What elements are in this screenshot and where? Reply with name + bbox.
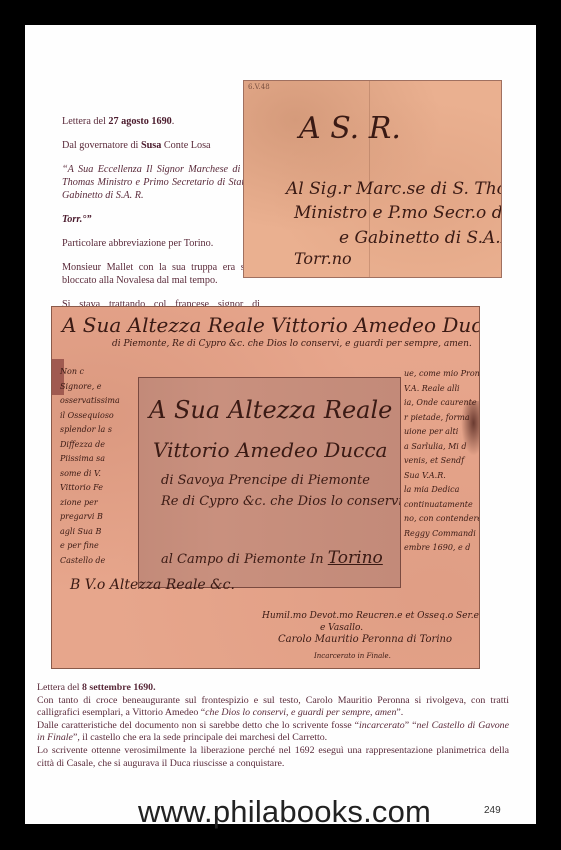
handwriting-right-column: ue, come mio Pron V.A. Reale alli ia, On… xyxy=(404,367,480,556)
handwriting-closing: Humil.mo Devot.mo Reucren.e et Osseq.o S… xyxy=(262,611,480,621)
panel-line: A Sua Altezza Reale xyxy=(149,396,392,424)
handwriting-line: Torr.no xyxy=(294,249,352,268)
footer-website: www.philabooks.com xyxy=(138,794,431,830)
panel-line: di Savoya Prencipe di Piemonte xyxy=(161,473,370,488)
letter1-abbrev: Torr.°” xyxy=(62,213,260,226)
handwriting-as: A S. R. xyxy=(299,111,401,146)
handwriting-top-line: di Piemonte, Re di Cypro &c. che Dios lo… xyxy=(112,339,472,349)
signature-note: Incarcerato in Finale. xyxy=(314,652,391,660)
handwriting-line: e Gabinetto di S.A.R. xyxy=(339,228,502,248)
caption-paragraph: Con tanto di croce beneaugurante sul fro… xyxy=(37,695,509,720)
letter1-note-1: Monsieur Mallet con la sua truppa era st… xyxy=(62,261,260,287)
letter1-sender: Dal governatore di Susa Conte Losa xyxy=(62,139,260,152)
letter1-heading: Lettera del 27 agosto 1690. xyxy=(62,115,260,128)
handwriting-top-line: A Sua Altezza Reale Vittorio Amedeo Duca… xyxy=(62,313,480,337)
postal-stamp: 6.V.48 xyxy=(248,83,270,91)
caption-paragraph: Dalle caratteristiche del documento non … xyxy=(37,720,509,745)
letter1-abbrev-note: Particolare abbreviazione per Torino. xyxy=(62,237,260,250)
caption-heading: Lettera del 8 settembre 1690. xyxy=(37,682,509,695)
letter1-image: 6.V.48 A S. R. Al Sig.r Marc.se di S. Th… xyxy=(243,80,502,278)
overlay-cover-panel: A Sua Altezza Reale Vittorio Amedeo Ducc… xyxy=(138,377,401,588)
panel-line: al Campo di Piemonte In Torino xyxy=(161,548,383,568)
panel-line: Re di Cypro &c. che Dios lo conservi. xyxy=(161,494,401,509)
letter1-address-quote: “A Sua Eccellenza Il Signor Marchese di … xyxy=(62,163,260,202)
signature: Carolo Mauritio Peronna di Torino xyxy=(278,634,452,645)
handwriting-closing: e Vasallo. xyxy=(320,623,363,633)
handwriting-left-column: Non c Signore, e osservatissima il Osseq… xyxy=(60,365,120,568)
handwriting-line: Al Sig.r Marc.se di S. Thomas xyxy=(286,179,502,199)
book-page: Lettera del 27 agosto 1690. Dal governat… xyxy=(25,25,536,824)
panel-line: Vittorio Amedeo Ducca xyxy=(153,438,387,462)
page-number: 249 xyxy=(484,805,501,816)
letter2-caption: Lettera del 8 settembre 1690. Con tanto … xyxy=(37,682,509,770)
handwriting-line: Ministro e P.mo Secr.o di Stato xyxy=(294,203,502,223)
letter2-image: A Sua Altezza Reale Vittorio Amedeo Duca… xyxy=(51,306,480,669)
handwriting-closing: B V.o Altezza Reale &c. xyxy=(70,577,235,593)
caption-paragraph: Lo scrivente ottenne verosimilmente la l… xyxy=(37,745,509,770)
